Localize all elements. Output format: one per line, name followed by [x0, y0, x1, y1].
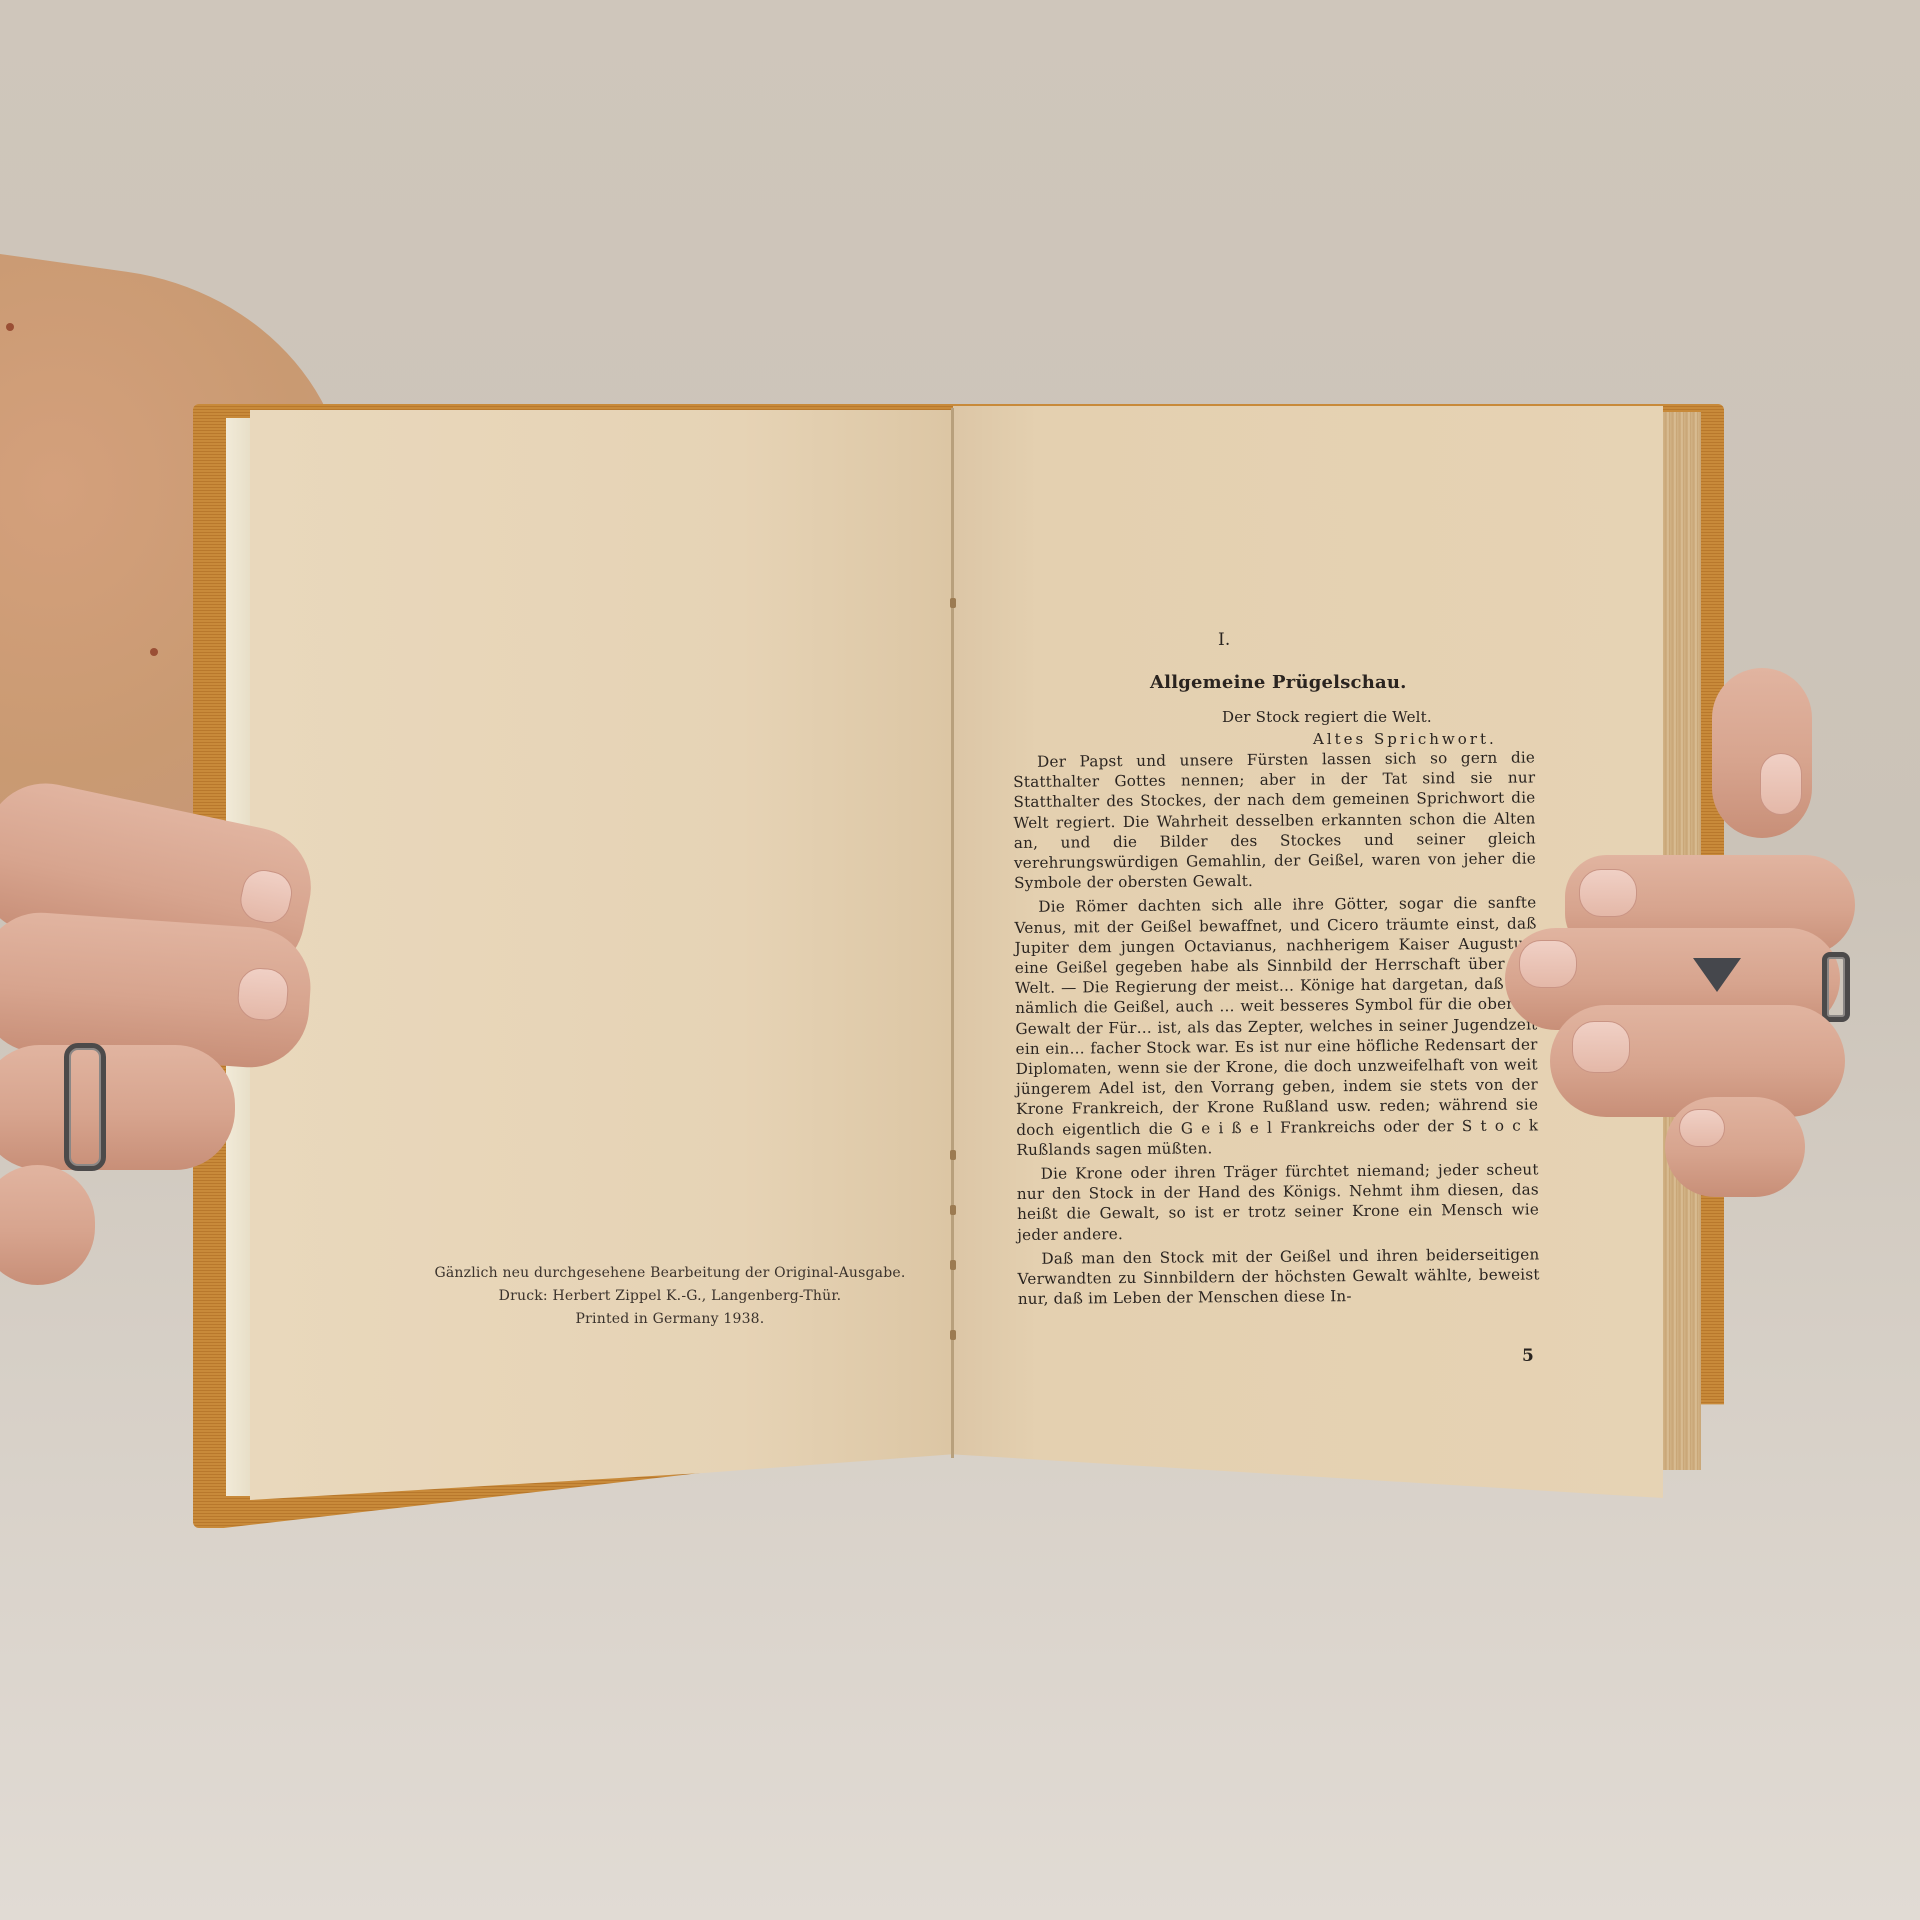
imprint-block: Gänzlich neu durchgesehene Bearbeitung d…: [420, 1262, 920, 1331]
paragraph: Daß man den Stock mit der Geißel und ihr…: [1017, 1244, 1540, 1309]
chapter-title: Allgemeine Prügelschau.: [1150, 672, 1407, 693]
imprint-line: Gänzlich neu durchgesehene Bearbeitung d…: [420, 1262, 920, 1285]
fingernail: [236, 866, 296, 927]
left-little-finger: [0, 1165, 95, 1285]
finger-ring: [1822, 952, 1850, 1022]
right-little-finger: [1665, 1097, 1805, 1197]
fingernail: [1679, 1109, 1725, 1147]
imprint-line: Printed in Germany 1938.: [420, 1308, 920, 1331]
book-gutter: [951, 408, 954, 1458]
epigraph: Der Stock regiert die Welt.: [1222, 708, 1432, 726]
finger-ring: [64, 1043, 106, 1171]
fingernail: [1760, 753, 1802, 815]
paragraph: Die Krone oder ihren Träger fürchtet nie…: [1017, 1159, 1540, 1244]
paragraph: Der Papst und unsere Fürsten lassen sich…: [1013, 747, 1536, 893]
paragraph: Die Römer dachten sich alle ihre Götter,…: [1014, 893, 1538, 1160]
binding-stitch: [950, 1150, 956, 1160]
fingernail: [1572, 1021, 1630, 1073]
binding-stitch: [950, 1260, 956, 1270]
fingernail: [1519, 940, 1577, 988]
left-ring-finger: [0, 1045, 235, 1170]
heart-tattoo-icon: [1693, 958, 1741, 992]
left-page: [250, 410, 953, 1500]
chapter-number: I.: [1218, 630, 1231, 650]
skin-mole: [6, 323, 14, 331]
body-text: Der Papst und unsere Fürsten lassen sich…: [1013, 747, 1540, 1313]
skin-mole: [150, 648, 158, 656]
fingernail: [236, 967, 290, 1022]
imprint-line: Druck: Herbert Zippel K.-G., Langenberg-…: [420, 1285, 920, 1308]
page-number: 5: [1522, 1346, 1534, 1366]
epigraph-source: Altes Sprichwort.: [1313, 730, 1497, 748]
fingernail: [1579, 869, 1637, 917]
binding-stitch: [950, 1205, 956, 1215]
binding-stitch: [950, 1330, 956, 1340]
binding-stitch: [950, 598, 956, 608]
right-thumb: [1712, 668, 1812, 838]
